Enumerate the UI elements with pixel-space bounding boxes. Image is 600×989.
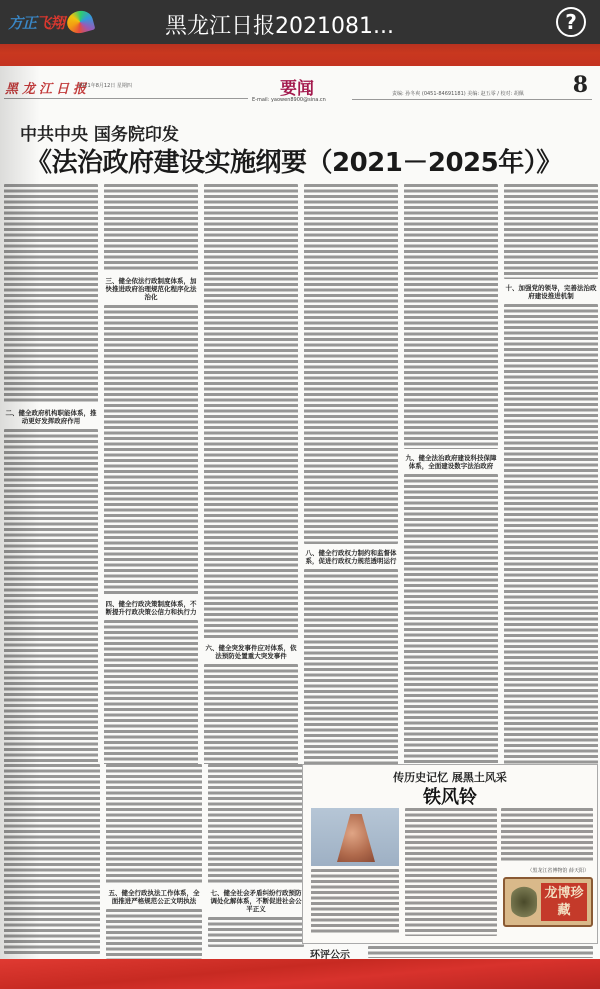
body-text bbox=[504, 184, 598, 279]
subhead: 五、健全行政执法工作体系，全面推进严格规范公正文明执法 bbox=[106, 889, 202, 905]
body-text bbox=[208, 917, 304, 947]
column-2: 三、健全依法行政制度体系，加快推进政府治理规范化程序化法治化 四、健全行政决策制… bbox=[104, 184, 198, 764]
app-toolbar: 方正飞翔 黑龙江日报2021081... ? bbox=[0, 0, 600, 44]
column-2-lower: 五、健全行政执法工作体系，全面推进严格规范公正文明执法 bbox=[106, 764, 202, 959]
body-text bbox=[4, 184, 98, 404]
subhead: 九、健全法治政府建设科技保障体系，全面建设数字法治政府 bbox=[404, 454, 498, 470]
body-text bbox=[4, 429, 98, 764]
article-headline: 《法治政府建设实施纲要（2021－2025年）》 bbox=[26, 142, 562, 179]
section-title: 要闻 bbox=[280, 74, 314, 99]
column-3: 六、健全突发事件应对体系，依法预防处置重大突发事件 bbox=[204, 184, 298, 764]
subhead: 十、加强党的领导，完善法治政府建设推进机制 bbox=[504, 284, 598, 300]
body-text bbox=[208, 764, 304, 884]
logo-fan-icon bbox=[65, 8, 96, 36]
column-4: 八、健全行政权力制约和监督体系，促进行政权力规范透明运行 bbox=[304, 184, 398, 764]
body-text bbox=[106, 909, 202, 959]
newspaper-page[interactable]: 黑龙江日报 2021年8月12日 星期四 要闻 E-mail: yaowen89… bbox=[0, 66, 600, 959]
body-text bbox=[304, 569, 398, 764]
iron-bell-photo bbox=[311, 808, 399, 866]
masthead: 黑龙江日报 2021年8月12日 星期四 要闻 E-mail: yaowen89… bbox=[0, 74, 600, 112]
longbo-collection-badge: 龙博珍藏 bbox=[503, 877, 593, 927]
body-text bbox=[204, 184, 298, 639]
app-logo[interactable]: 方正飞翔 bbox=[8, 8, 108, 36]
page-top-banner bbox=[0, 44, 600, 66]
body-text bbox=[104, 184, 198, 272]
dragon-icon bbox=[511, 885, 537, 919]
body-text bbox=[106, 764, 202, 884]
body-text bbox=[404, 474, 498, 764]
article-lower-columns: 五、健全行政执法工作体系，全面推进严格规范公正文明执法 七、健全社会矛盾纠纷行政… bbox=[4, 764, 304, 959]
environmental-notice: 环评公示 bbox=[302, 946, 598, 959]
feature-byline: （黑龙江省博物馆 薛天阳） bbox=[527, 867, 589, 874]
feature-title: 铁风铃 bbox=[303, 783, 597, 809]
notice-body bbox=[368, 946, 593, 958]
collection-seal: 龙博珍藏 bbox=[541, 883, 587, 921]
logo-text: 方正飞翔 bbox=[8, 12, 64, 33]
issue-date: 2021年8月12日 星期四 bbox=[78, 82, 132, 89]
editor-contact: 责编: 孙冬爽 (0451-84691181) 美编: 赵五零 / 校对: 胡佩 bbox=[392, 90, 524, 97]
column-3-lower: 七、健全社会矛盾纠纷行政预防调处化解体系，不断促进社会公平正义 bbox=[208, 764, 304, 959]
document-title: 黑龙江日报2021081... bbox=[165, 9, 394, 40]
subhead: 六、健全突发事件应对体系，依法预防处置重大突发事件 bbox=[204, 644, 298, 660]
page-number: 8 bbox=[573, 72, 588, 98]
body-text bbox=[104, 620, 198, 764]
column-1: 二、健全政府机构职能体系，推动更好发挥政府作用 bbox=[4, 184, 98, 764]
notice-title: 环评公示 bbox=[310, 946, 350, 959]
masthead-rule bbox=[352, 99, 592, 100]
article-columns: 二、健全政府机构职能体系，推动更好发挥政府作用 三、健全依法行政制度体系，加快推… bbox=[4, 184, 598, 764]
body-text bbox=[504, 304, 598, 764]
subhead: 二、健全政府机构职能体系，推动更好发挥政府作用 bbox=[4, 409, 98, 425]
body-text bbox=[204, 664, 298, 764]
body-text bbox=[104, 305, 198, 595]
body-text bbox=[4, 764, 100, 954]
feature-body-text bbox=[405, 808, 497, 936]
photo-caption bbox=[311, 869, 399, 935]
subhead: 八、健全行政权力制约和监督体系，促进行政权力规范透明运行 bbox=[304, 549, 398, 565]
feature-body-text bbox=[501, 808, 593, 863]
body-text bbox=[304, 184, 398, 544]
feature-box[interactable]: 传历史记忆 展黑土风采 铁风铃 （黑龙江省博物馆 薛天阳） 龙博珍藏 bbox=[302, 764, 598, 944]
section-email: E-mail: yaowen8900@sina.cn bbox=[252, 97, 326, 103]
column-5: 九、健全法治政府建设科技保障体系，全面建设数字法治政府 bbox=[404, 184, 498, 764]
subhead: 三、健全依法行政制度体系，加快推进政府治理规范化程序化法治化 bbox=[104, 277, 198, 301]
page-bottom-banner bbox=[0, 959, 600, 989]
help-icon[interactable]: ? bbox=[556, 7, 586, 37]
subhead: 四、健全行政决策制度体系，不断提升行政决策公信力和执行力 bbox=[104, 600, 198, 616]
subhead: 七、健全社会矛盾纠纷行政预防调处化解体系，不断促进社会公平正义 bbox=[208, 889, 304, 913]
masthead-rule bbox=[4, 98, 248, 99]
body-text bbox=[404, 184, 498, 449]
column-1-lower bbox=[4, 764, 100, 959]
column-6: 十、加强党的领导，完善法治政府建设推进机制 bbox=[504, 184, 598, 764]
bell-icon bbox=[337, 814, 375, 862]
